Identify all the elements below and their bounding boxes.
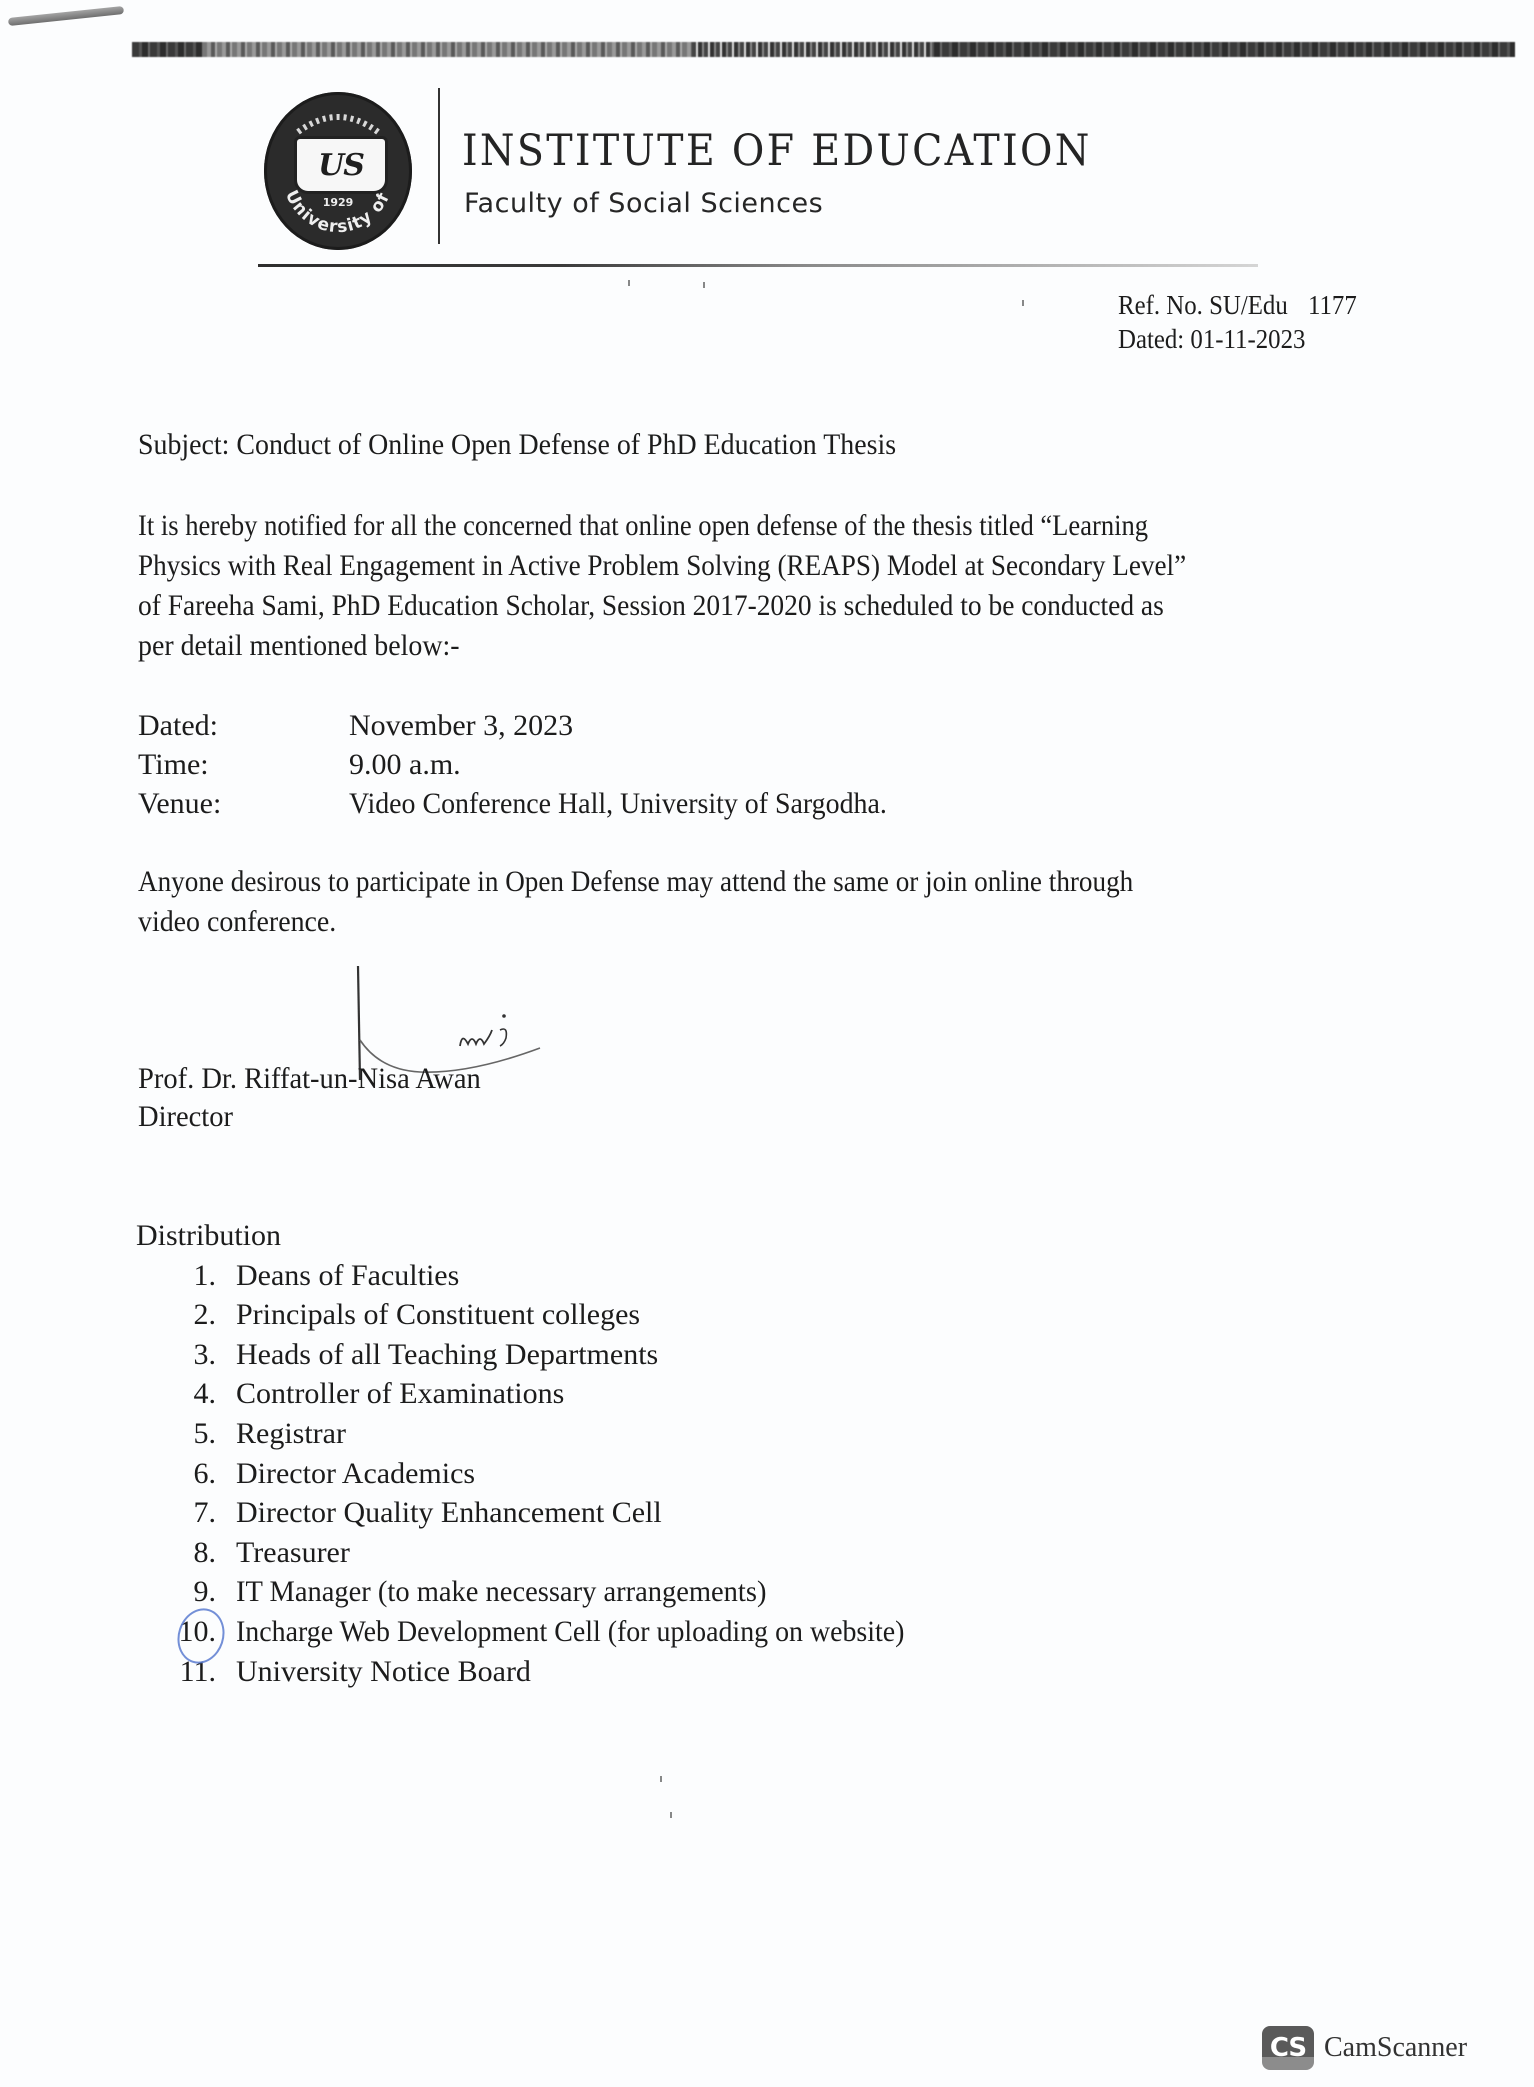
- camscanner-name: CamScanner: [1324, 2032, 1467, 2064]
- item-text: Treasurer: [236, 1533, 350, 1573]
- distribution-item: 7.Director Quality Enhancement Cell: [136, 1493, 955, 1533]
- detail-value: 9.00 a.m.: [349, 745, 461, 784]
- seal-monogram: US: [294, 136, 388, 194]
- item-text: Deans of Faculties: [236, 1256, 459, 1296]
- detail-row-venue: Venue: Video Conference Hall, University…: [138, 784, 927, 823]
- distribution-item: 1.Deans of Faculties: [136, 1256, 955, 1296]
- paragraph-line: Anyone desirous to participate in Open D…: [138, 862, 1396, 902]
- detail-row-date: Dated: November 3, 2023: [138, 706, 927, 745]
- item-text: IT Manager (to make necessary arrangemen…: [236, 1572, 766, 1612]
- seal-monogram-text: US: [318, 148, 364, 183]
- scan-speck: [628, 280, 630, 286]
- item-number: 5.: [136, 1414, 236, 1454]
- notification-paragraph: It is hereby notified for all the concer…: [138, 506, 1528, 666]
- closing-paragraph: Anyone desirous to participate in Open D…: [138, 862, 1528, 942]
- banner-segment: [692, 42, 932, 57]
- detail-label: Venue:: [138, 784, 349, 823]
- item-number: 6.: [136, 1454, 236, 1494]
- scan-speck: [703, 282, 705, 288]
- ref-value: SU/Edu: [1209, 290, 1288, 320]
- pencil-mark: [8, 6, 124, 26]
- scan-speck: [670, 1812, 672, 1818]
- banner-segment: [202, 42, 762, 57]
- ref-date-line: Dated: 01-11-2023: [1118, 322, 1357, 356]
- ref-dated-label: Dated:: [1118, 324, 1184, 354]
- paragraph-line: Physics with Real Engagement in Active P…: [138, 546, 1396, 586]
- reference-block: Ref. No. SU/Edu1177 Dated: 01-11-2023: [1118, 288, 1357, 356]
- ref-label: Ref. No.: [1118, 290, 1203, 320]
- detail-row-time: Time: 9.00 a.m.: [138, 745, 927, 784]
- item-text: Registrar: [236, 1414, 346, 1454]
- header-rule: [258, 264, 1258, 267]
- detail-value: Video Conference Hall, University of Sar…: [349, 784, 887, 823]
- item-text: Principals of Constituent colleges: [236, 1295, 640, 1335]
- camscanner-logo-icon: CS: [1262, 2026, 1314, 2070]
- distribution-item: 4.Controller of Examinations: [136, 1374, 955, 1414]
- paragraph-line: video conference.: [138, 902, 1431, 942]
- item-text: Heads of all Teaching Departments: [236, 1335, 658, 1375]
- letterhead: University of Sargodha US 1929 INSTITUTE…: [260, 88, 1260, 258]
- item-number: 9.: [136, 1572, 236, 1612]
- subject-line: Subject: Conduct of Online Open Defense …: [138, 428, 896, 462]
- seal-year: 1929: [264, 196, 412, 209]
- letterhead-divider: [438, 88, 440, 244]
- item-number: 2.: [136, 1295, 236, 1335]
- distribution-list: 1.Deans of Faculties 2.Principals of Con…: [136, 1256, 955, 1692]
- distribution-section: Distribution 1.Deans of Faculties 2.Prin…: [136, 1216, 955, 1691]
- item-text: Director Quality Enhancement Cell: [236, 1493, 662, 1533]
- scan-speck: [660, 1776, 662, 1782]
- distribution-item: 9.IT Manager (to make necessary arrangem…: [136, 1572, 955, 1612]
- university-seal-logo: University of Sargodha US 1929: [264, 92, 412, 250]
- defense-details: Dated: November 3, 2023 Time: 9.00 a.m. …: [138, 706, 927, 823]
- distribution-title: Distribution: [136, 1216, 955, 1256]
- signatory-name: Prof. Dr. Riffat-un-Nisa Awan: [138, 1060, 481, 1098]
- item-number: 3.: [136, 1335, 236, 1375]
- signatory-designation: Director: [138, 1098, 481, 1136]
- distribution-item: 6.Director Academics: [136, 1454, 955, 1494]
- item-number: 4.: [136, 1374, 236, 1414]
- detail-label: Dated:: [138, 706, 349, 745]
- item-text: University Notice Board: [236, 1652, 531, 1692]
- detail-label: Time:: [138, 745, 349, 784]
- camscanner-watermark: CS CamScanner: [1262, 2026, 1467, 2070]
- distribution-item: 5.Registrar: [136, 1414, 955, 1454]
- item-number: 7.: [136, 1493, 236, 1533]
- institute-name: INSTITUTE OF EDUCATION: [462, 126, 1092, 176]
- item-text: Controller of Examinations: [236, 1374, 564, 1414]
- distribution-item: 8.Treasurer: [136, 1533, 955, 1573]
- item-text: Director Academics: [236, 1454, 475, 1494]
- detail-value: November 3, 2023: [349, 706, 573, 745]
- item-number: 8.: [136, 1533, 236, 1573]
- faculty-name: Faculty of Social Sciences: [464, 188, 823, 219]
- ref-dated-value: 01-11-2023: [1190, 324, 1305, 354]
- signatory-block: Prof. Dr. Riffat-un-Nisa Awan Director: [138, 1060, 481, 1136]
- item-text: Incharge Web Development Cell (for uploa…: [236, 1612, 904, 1652]
- ref-number-line: Ref. No. SU/Edu1177: [1118, 288, 1357, 322]
- top-banner-stripe: [132, 42, 1515, 57]
- paragraph-line: of Fareeha Sami, PhD Education Scholar, …: [138, 586, 1410, 626]
- distribution-item: 11.University Notice Board: [136, 1652, 955, 1692]
- distribution-item: 10.Incharge Web Development Cell (for up…: [136, 1612, 955, 1652]
- ref-number: 1177: [1308, 290, 1357, 320]
- distribution-item: 3.Heads of all Teaching Departments: [136, 1335, 955, 1375]
- paragraph-line: It is hereby notified for all the concer…: [138, 506, 1368, 546]
- item-number: 1.: [136, 1256, 236, 1296]
- distribution-item: 2.Principals of Constituent colleges: [136, 1295, 955, 1335]
- paragraph-line: per detail mentioned below:-: [138, 626, 1431, 666]
- scan-speck: [1022, 300, 1024, 306]
